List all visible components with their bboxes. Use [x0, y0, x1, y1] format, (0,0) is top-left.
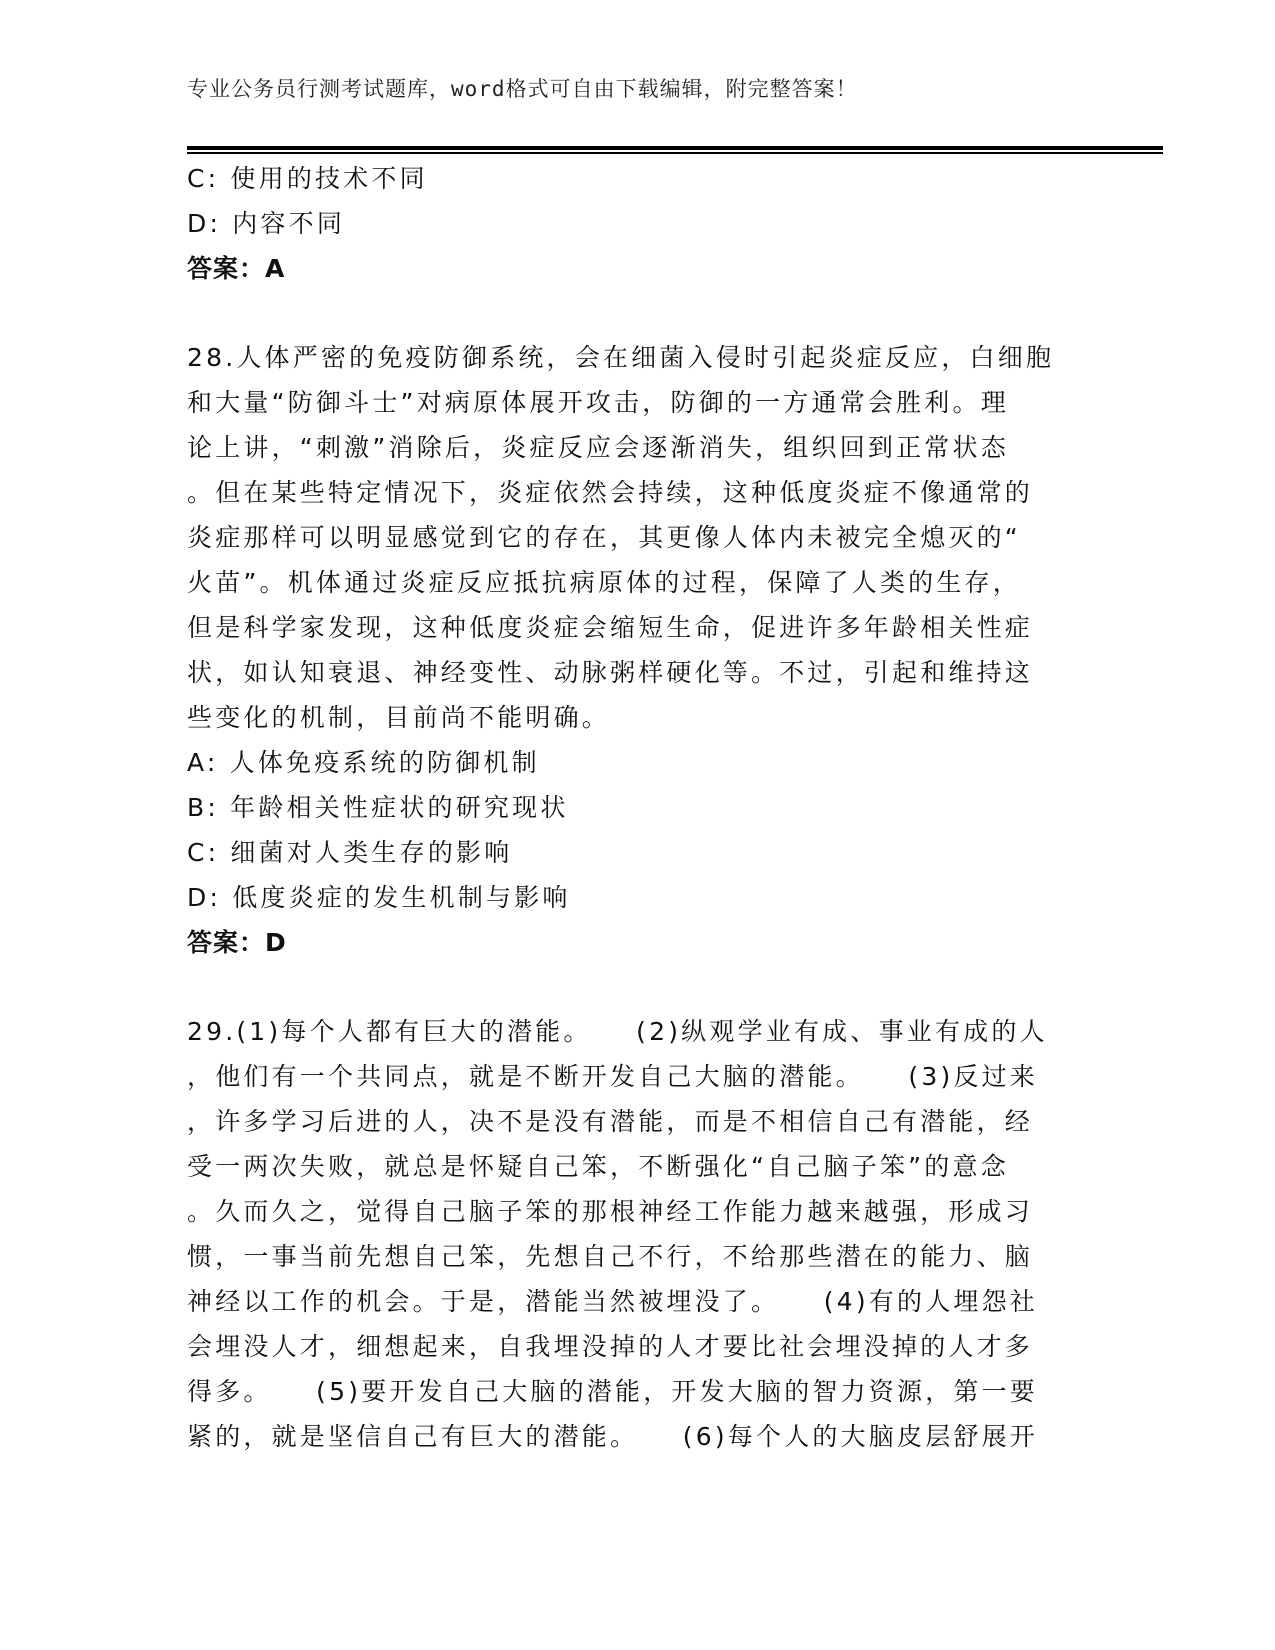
question-line: ，他们有一个共同点，就是不断开发自己大脑的潜能。 (3)反过来 [187, 1054, 1077, 1099]
question-line: 状，如认知衰退、神经变性、动脉粥样硬化等。不过，引起和维持这 [187, 650, 1077, 695]
prev-question: C: 使用的技术不同 D: 内容不同 答案：A [187, 156, 1077, 291]
option-b: B: 年龄相关性症状的研究现状 [187, 785, 1077, 830]
spacer [187, 291, 1077, 335]
question-line: 火苗”。机体通过炎症反应抵抗病原体的过程，保障了人类的生存， [187, 560, 1077, 605]
question-line: 些变化的机制，目前尚不能明确。 [187, 695, 1077, 740]
question-line: 炎症那样可以明显感觉到它的存在，其更像人体内未被完全熄灭的“ [187, 515, 1077, 560]
question-line: 会埋没人才，细想起来，自我埋没掉的人才要比社会埋没掉的人才多 [187, 1324, 1077, 1369]
question-line: 受一两次失败，就总是怀疑自己笨，不断强化“自己脑子笨”的意念 [187, 1144, 1077, 1189]
question-line: 。久而久之，觉得自己脑子笨的那根神经工作能力越来越强，形成习 [187, 1189, 1077, 1234]
question-line: 紧的，就是坚信自己有巨大的潜能。 (6)每个人的大脑皮层舒展开 [187, 1414, 1077, 1459]
option-d: D: 低度炎症的发生机制与影响 [187, 875, 1077, 920]
option-a: A: 人体免疫系统的防御机制 [187, 740, 1077, 785]
document-body: C: 使用的技术不同 D: 内容不同 答案：A 28.人体严密的免疫防御系统，会… [187, 156, 1077, 1459]
question-line: 和大量“防御斗士”对病原体展开攻击，防御的一方通常会胜利。理 [187, 380, 1077, 425]
question-line: 论上讲，“刺激”消除后，炎症反应会逐渐消失，组织回到正常状态 [187, 425, 1077, 470]
question-line: 29.(1)每个人都有巨大的潜能。 (2)纵观学业有成、事业有成的人 [187, 1009, 1077, 1054]
option-c: C: 细菌对人类生存的影响 [187, 830, 1077, 875]
question-line: 但是科学家发现，这种低度炎症会缩短生命，促进许多年龄相关性症 [187, 605, 1077, 650]
spacer [187, 965, 1077, 1009]
question-line: 。但在某些特定情况下，炎症依然会持续，这种低度炎症不像通常的 [187, 470, 1077, 515]
question-line: 神经以工作的机会。于是，潜能当然被埋没了。 (4)有的人埋怨社 [187, 1279, 1077, 1324]
option-c: C: 使用的技术不同 [187, 156, 1077, 201]
question-line: 惯，一事当前先想自己笨，先想自己不行，不给那些潜在的能力、脑 [187, 1234, 1077, 1279]
header-rule-thin [187, 152, 1163, 154]
question-29: 29.(1)每个人都有巨大的潜能。 (2)纵观学业有成、事业有成的人 ，他们有一… [187, 1009, 1077, 1459]
question-line: 28.人体严密的免疫防御系统，会在细菌入侵时引起炎症反应，白细胞 [187, 335, 1077, 380]
question-28: 28.人体严密的免疫防御系统，会在细菌入侵时引起炎症反应，白细胞 和大量“防御斗… [187, 335, 1077, 965]
header-rule-thick [187, 146, 1163, 150]
answer-label: 答案：A [187, 246, 1077, 291]
question-line: 得多。 (5)要开发自己大脑的潜能，开发大脑的智力资源，第一要 [187, 1369, 1077, 1414]
question-line: ，许多学习后进的人，决不是没有潜能，而是不相信自己有潜能，经 [187, 1099, 1077, 1144]
answer-label: 答案：D [187, 920, 1077, 965]
option-d: D: 内容不同 [187, 201, 1077, 246]
page-header: 专业公务员行测考试题库，word格式可自由下载编辑，附完整答案！ [187, 74, 858, 104]
